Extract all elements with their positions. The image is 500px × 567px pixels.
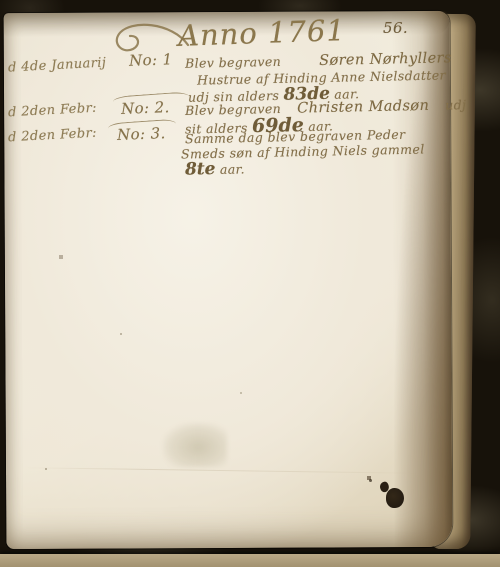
stain — [163, 423, 227, 467]
entry-3-line-3: 8te aar. — [185, 158, 245, 179]
entry-3-age: 8te — [185, 159, 216, 180]
entry-3-age-suffix: aar. — [220, 161, 245, 177]
entry-1-text: Blev begraven — [185, 54, 281, 71]
entry-2-text-tail: udj — [445, 97, 466, 112]
entry-2-number: No: 2. — [121, 98, 170, 118]
ink-blot — [386, 488, 404, 508]
page-number: 56. — [383, 19, 408, 37]
entry-3-number: No: 3. — [117, 124, 166, 144]
entry-1-name: Søren Nørhyllers — [319, 50, 452, 69]
table-surface — [0, 554, 500, 567]
register-photo: Anno 1761 56. d 4de Januarij No: 1 Blev … — [0, 0, 500, 567]
page-title: Anno 1761 — [177, 13, 346, 53]
entry-1-number: No: 1 — [129, 50, 173, 70]
paper-specks — [0, 0, 2, 2]
page-right-shadow — [392, 11, 453, 547]
